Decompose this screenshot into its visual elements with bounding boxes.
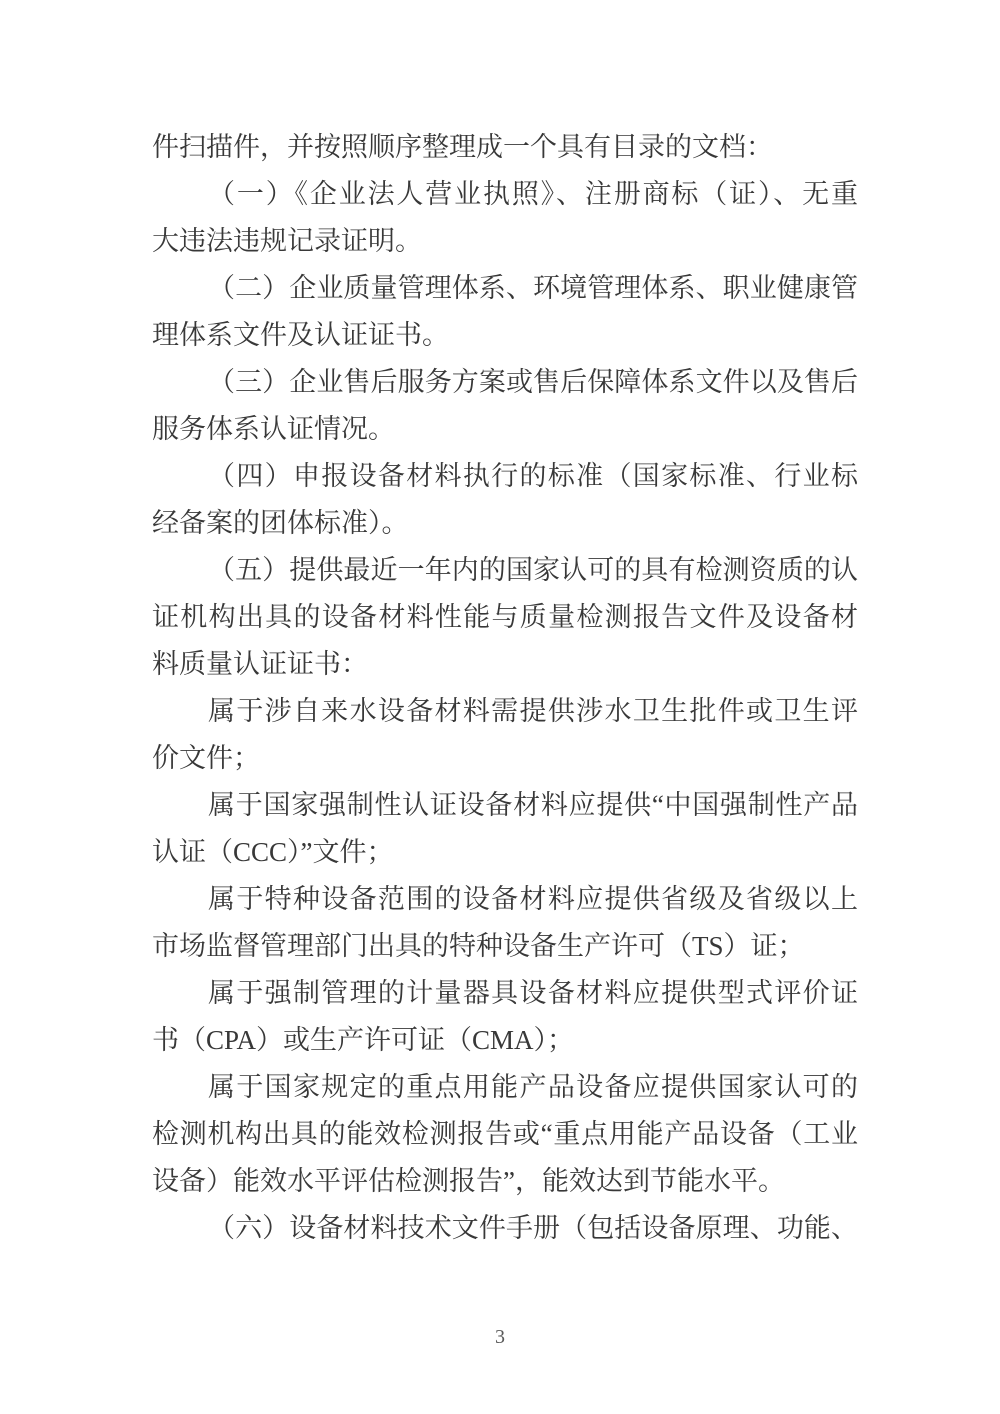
text-line: 市场监督管理部门出具的特种设备生产许可（TS）证；	[152, 923, 858, 970]
text-line: 大违法违规记录证明。	[152, 218, 858, 265]
text-line: （三）企业售后服务方案或售后保障体系文件以及售后	[152, 359, 858, 406]
text-line: 书（CPA）或生产许可证（CMA）；	[152, 1017, 858, 1064]
text-line: 服务体系认证情况。	[152, 406, 858, 453]
text-line: 理体系文件及认证证书。	[152, 312, 858, 359]
text-line: 件扫描件，并按照顺序整理成一个具有目录的文档：	[152, 124, 858, 171]
text-line: （五）提供最近一年内的国家认可的具有检测资质的认	[152, 547, 858, 594]
text-line: 属于特种设备范围的设备材料应提供省级及省级以上	[152, 876, 858, 923]
text-line: 属于国家强制性认证设备材料应提供“中国强制性产品	[152, 782, 858, 829]
text-line: 料质量认证证书：	[152, 641, 858, 688]
text-line: 价文件；	[152, 735, 858, 782]
page-number: 3	[0, 1326, 1000, 1349]
text-line: 证机构出具的设备材料性能与质量检测报告文件及设备材	[152, 594, 858, 641]
text-line: （一）《企业法人营业执照》、注册商标（证）、无重	[152, 171, 858, 218]
text-line: 属于国家规定的重点用能产品设备应提供国家认可的	[152, 1064, 858, 1111]
text-line: 经备案的团体标准）。	[152, 500, 858, 547]
text-line: 属于强制管理的计量器具设备材料应提供型式评价证	[152, 970, 858, 1017]
document-body: 件扫描件，并按照顺序整理成一个具有目录的文档： （一）《企业法人营业执照》、注册…	[152, 124, 858, 1252]
text-line: 认证（CCC）”文件；	[152, 829, 858, 876]
text-line: （二）企业质量管理体系、环境管理体系、职业健康管	[152, 265, 858, 312]
text-line: （四）申报设备材料执行的标准（国家标准、行业标准、	[152, 453, 858, 500]
text-line: （六）设备材料技术文件手册（包括设备原理、功能、	[152, 1205, 858, 1252]
document-page: 件扫描件，并按照顺序整理成一个具有目录的文档： （一）《企业法人营业执照》、注册…	[0, 0, 1000, 1414]
text-line: 检测机构出具的能效检测报告或“重点用能产品设备（工业	[152, 1111, 858, 1158]
text-line: 设备）能效水平评估检测报告”，能效达到节能水平。	[152, 1158, 858, 1205]
text-line: 属于涉自来水设备材料需提供涉水卫生批件或卫生评	[152, 688, 858, 735]
